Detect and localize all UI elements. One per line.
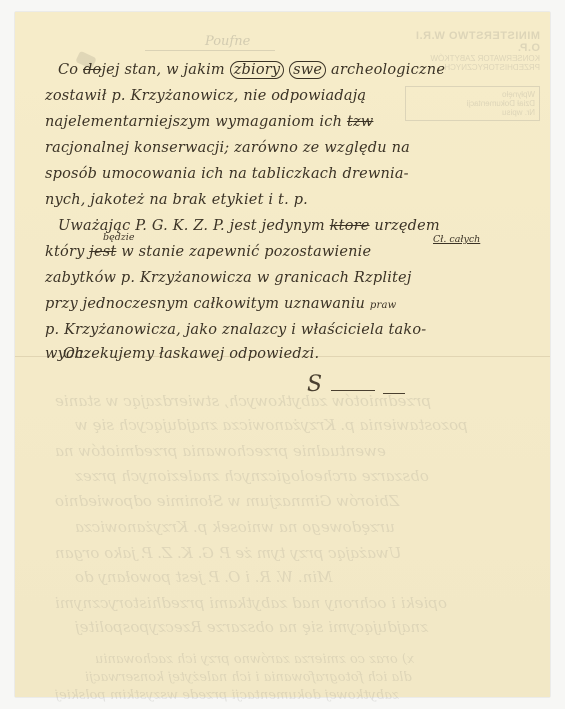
bleed-through-text: obszarze archeologicznych znalezionych p… bbox=[75, 467, 429, 485]
letter-line-9: zabytków p. Krzyżanowicza w granicach Rz… bbox=[45, 270, 412, 286]
text-fragment: , w jakim bbox=[157, 62, 230, 78]
stamp-box-line-2: Dział Dokumentacji bbox=[410, 99, 535, 108]
inserted-note-right: Cł. całych bbox=[433, 234, 480, 245]
letter-line-5: sposób umocowania ich na tabliczkach dre… bbox=[45, 166, 409, 182]
stamp-box: Wpłynęło Dział Dokumentacji Nr. wpisu bbox=[405, 86, 540, 121]
text-fragment: Co bbox=[58, 62, 83, 78]
letter-line-8: który jest w stanie zapewnić pozostawien… bbox=[45, 244, 371, 260]
text-fragment: który bbox=[45, 244, 84, 260]
bleed-through-text: opieki i ochrony nad zabytkami przedhist… bbox=[55, 594, 447, 612]
signature: Ѕ bbox=[307, 372, 322, 397]
letter-line-10: przy jednoczesnym całkowitym uznawaniu p… bbox=[45, 296, 396, 312]
bleed-through-text: urzędowego na wniosek p. Krzyżanowicza bbox=[75, 518, 395, 536]
letter-line-4: racjonalnej konserwacji; zarówno ze wzgl… bbox=[45, 140, 410, 156]
letter-line-3: najelementarniejszym wymaganiom ich tzw bbox=[45, 114, 373, 130]
struck-word: jest bbox=[89, 244, 116, 260]
stamp-box-line-3: Nr. wpisu bbox=[410, 108, 535, 117]
bleed-through-text: Min. W. R. i O. P. jest powołany do bbox=[75, 568, 333, 586]
letter-line-1: Co dojej stan, w jakim zbiory swe archeo… bbox=[58, 62, 445, 78]
text-fragment: archeologiczne bbox=[326, 62, 445, 78]
stamp-box-line-1: Wpłynęło bbox=[410, 90, 535, 99]
bleed-through-footnote: dla ich fotografowania i ich należytej k… bbox=[85, 670, 412, 685]
text-fragment: przy jednoczesnym całkowitym uznawaniu bbox=[45, 296, 365, 312]
document-page: Poufne MINISTERSTWO W.R.I O.P. KONSERWAT… bbox=[15, 12, 550, 697]
bleed-through-text: znajdującymi się na obszarze Rzeczypospo… bbox=[75, 618, 428, 636]
circled-word: swe bbox=[289, 61, 326, 79]
text-fragment: Uważając P. G. K. Z. P. jest jedynym bbox=[58, 218, 325, 234]
bleed-through-text: pozostawienia p. Krzyżanowicza znajdując… bbox=[75, 416, 468, 434]
bleed-through-text: przedmiotów zabytkowych, stwierdzając w … bbox=[55, 392, 431, 410]
signature-dash bbox=[383, 393, 405, 394]
struck-word: ktore bbox=[330, 218, 370, 234]
letter-line-2: zostawił p. Krzyżanowicz, nie odpowiadaj… bbox=[45, 88, 366, 104]
circled-word: zbiory bbox=[230, 61, 285, 79]
signature-stroke bbox=[331, 390, 375, 391]
inserted-word: praw bbox=[370, 300, 397, 311]
text-fragment: jej stan bbox=[101, 62, 156, 78]
inserted-word-above: będzie bbox=[103, 232, 134, 243]
bleed-through-text: ewentualnie przechowania przedmiotów na bbox=[55, 442, 386, 460]
bleed-through-text: Uważając przy tym że P. G. K. Z. P. jako… bbox=[55, 544, 401, 562]
bleed-through-footnote: zabytkowej dokumentacji przede wszystkim… bbox=[55, 688, 399, 703]
bleed-through-footnote: x) oraz co zmierza zarówno przy ich zach… bbox=[95, 652, 414, 667]
text-fragment: w stanie zapewnić pozostawienie bbox=[121, 244, 371, 260]
bleed-through-text: Zbiorów Gimnazjum w Słonimie odpowiednio bbox=[55, 492, 399, 510]
letter-line-11: p. Krzyżanowicza, jako znalazcy i właści… bbox=[45, 322, 426, 338]
letter-line-13: Oczekujemy łaskawej odpowiedzi. bbox=[63, 346, 319, 362]
struck-word: tzw bbox=[347, 114, 373, 130]
header-note: Poufne bbox=[205, 34, 250, 49]
stamp-line-1: MINISTERSTWO W.R.I O.P. bbox=[405, 30, 540, 54]
text-fragment: urzędem bbox=[374, 218, 440, 234]
header-rule bbox=[145, 50, 275, 51]
text-fragment: najelementarniejszym wymaganiom ich bbox=[45, 114, 342, 130]
struck-word: do bbox=[83, 62, 101, 78]
letter-line-6: nych, jakoteż na brak etykiet i t. p. bbox=[45, 192, 308, 208]
bleed-through-stamp: MINISTERSTWO W.R.I O.P. KONSERWATOR ZABY… bbox=[405, 30, 540, 150]
